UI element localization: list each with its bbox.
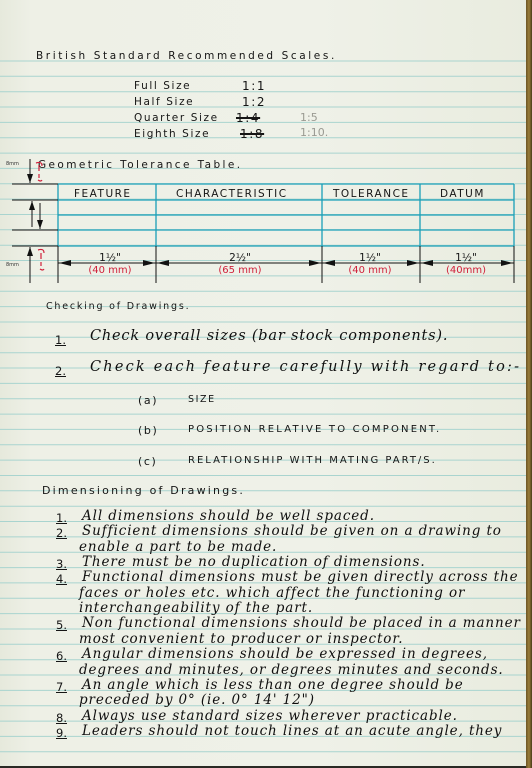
list-item: An angle which is less than one degree s…	[82, 677, 464, 693]
column-header-characteristic: CHARACTERISTIC	[176, 188, 288, 200]
list-number: 2.	[55, 364, 66, 378]
dimension-mm: (65 mm)	[200, 265, 280, 276]
list-item: Functional dimensions must be given dire…	[82, 569, 518, 585]
scale-correction: 1:5	[300, 111, 318, 124]
column-dimension: 1½" (40mm)	[436, 252, 496, 276]
scale-label: Half Size	[134, 96, 194, 108]
dimension-mm: (40mm)	[436, 265, 496, 276]
list-number: 6.	[56, 649, 67, 663]
list-number: 7.	[56, 680, 67, 694]
list-item: degrees and minutes, or degrees minutes …	[79, 662, 504, 678]
list-item: Sufficient dimensions should be given on…	[82, 523, 502, 539]
scale-label: Eighth Size	[134, 128, 210, 140]
sub-item-text: SIZE	[188, 394, 216, 405]
column-header-datum: DATUM	[440, 188, 485, 200]
scale-correction: 1:10.	[300, 126, 328, 139]
list-item: Always use standard sizes wherever pract…	[82, 708, 458, 724]
list-item: Check each feature carefully with regard…	[90, 359, 521, 375]
list-item: most convenient to producer or inspector…	[79, 631, 403, 647]
scale-label: Quarter Size	[134, 112, 219, 124]
scale-ratio-struck: 1:8	[240, 127, 264, 141]
sub-item-label: (b)	[138, 424, 158, 437]
scale-label: Full Size	[134, 80, 191, 92]
notebook-page: British Standard Recommended Scales. Ful…	[0, 0, 528, 766]
sub-item-text: RELATIONSHIP WITH MATING PART/S.	[188, 455, 437, 466]
list-number: 8.	[56, 711, 67, 725]
list-number: 2.	[56, 526, 67, 540]
list-item: Angular dimensions should be expressed i…	[82, 646, 488, 662]
list-item: faces or holes etc. which affect the fun…	[79, 585, 465, 601]
scales-title: British Standard Recommended Scales.	[36, 50, 337, 62]
dimension-mm: (40 mm)	[340, 265, 400, 276]
scale-ratio: 1:2	[242, 95, 266, 109]
list-item: All dimensions should be well spaced.	[82, 508, 375, 524]
list-number: 1.	[55, 333, 66, 347]
column-dimension: 1½" (40 mm)	[80, 252, 140, 276]
list-number: 5.	[56, 618, 67, 632]
list-item: Non functional dimensions should be plac…	[82, 615, 521, 631]
dimension-inches: 1½"	[436, 252, 496, 264]
list-number: 4.	[56, 572, 67, 586]
list-item: Leaders should not touch lines at an acu…	[82, 723, 502, 739]
sub-item-label: (c)	[138, 455, 157, 468]
list-number: 1.	[56, 511, 67, 525]
scale-ratio-struck: 1:4	[236, 111, 260, 125]
column-header-feature: FEATURE	[74, 188, 132, 200]
column-dimension: 2½" (65 mm)	[200, 252, 280, 276]
list-item: Check overall sizes (bar stock component…	[90, 328, 448, 344]
sub-item-text: POSITION RELATIVE TO COMPONENT.	[188, 424, 441, 435]
sub-item-label: (a)	[138, 394, 158, 407]
column-header-tolerance: TOLERANCE	[333, 188, 410, 200]
notebook-spine	[526, 0, 532, 768]
dimension-inches: 1½"	[80, 252, 140, 264]
dimension-inches: 1½"	[340, 252, 400, 264]
list-item: interchangeability of the part.	[79, 600, 313, 616]
dimensioning-title: Dimensioning of Drawings.	[42, 484, 245, 497]
checking-title: Checking of Drawings.	[46, 301, 190, 312]
list-item: There must be no duplication of dimensio…	[82, 554, 426, 570]
column-dimension: 1½" (40 mm)	[340, 252, 400, 276]
dimension-inches: 2½"	[200, 252, 280, 264]
list-item: preceded by 0° (ie. 0° 14' 12")	[79, 692, 315, 708]
list-number: 3.	[56, 557, 67, 571]
dimension-mm: (40 mm)	[80, 265, 140, 276]
list-item: enable a part to be made.	[79, 539, 277, 555]
list-number: 9.	[56, 726, 67, 740]
scale-ratio: 1:1	[242, 79, 266, 93]
